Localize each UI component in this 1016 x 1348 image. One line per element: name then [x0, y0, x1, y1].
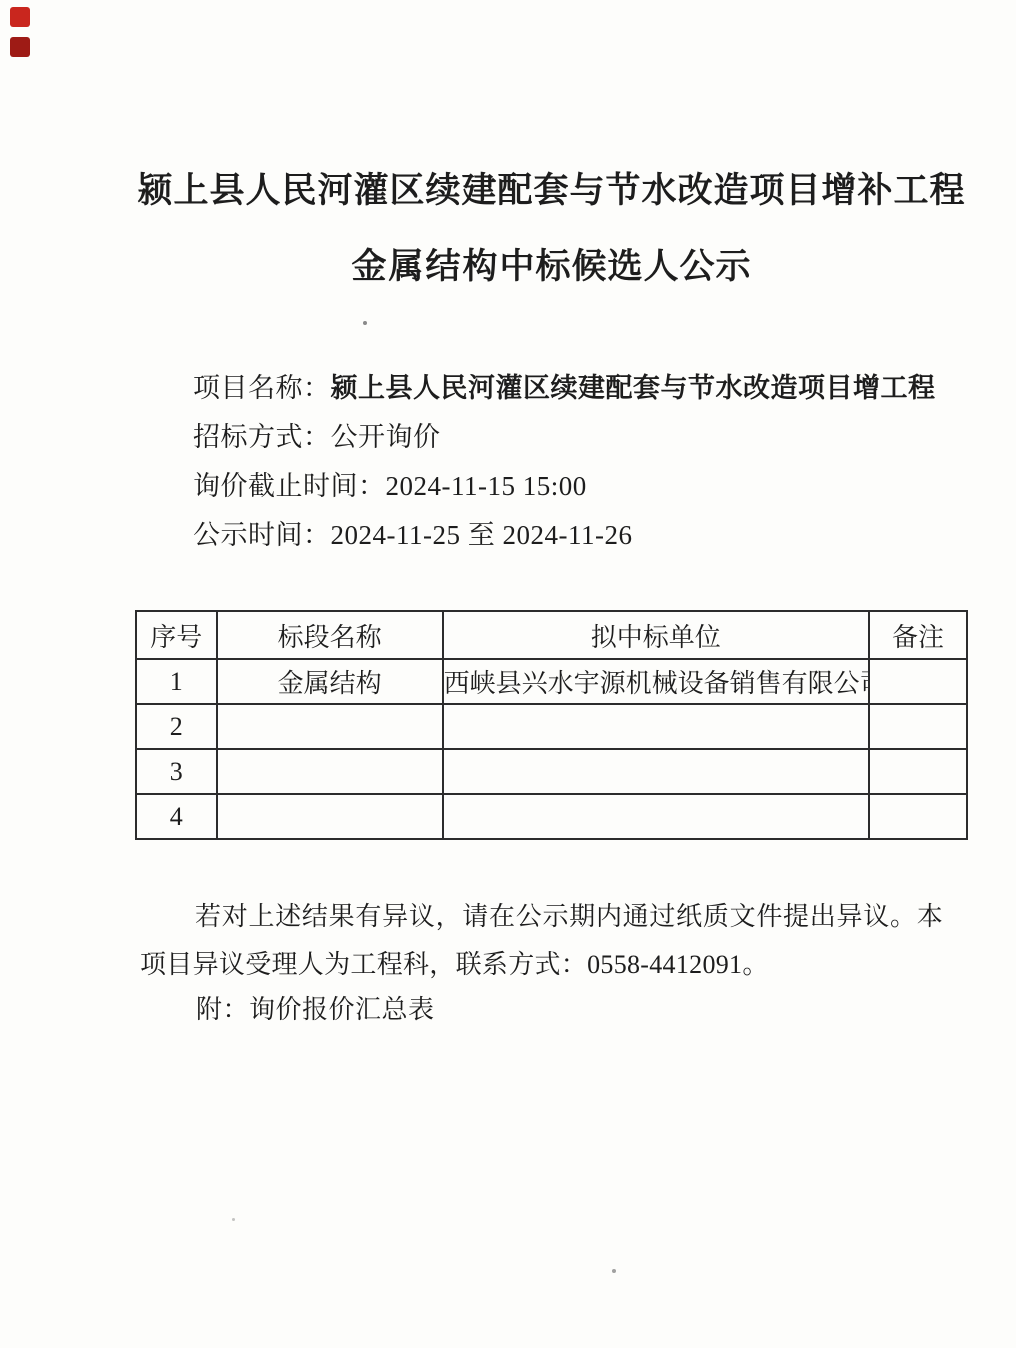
- bid-method-value: 公开询价: [331, 422, 441, 452]
- scan-speck: [232, 1218, 235, 1221]
- table-row: 1 金属结构 西峡县兴水宇源机械设备销售有限公司: [136, 659, 967, 704]
- header-proposed-winner: 拟中标单位: [443, 611, 869, 659]
- info-line-project: 项目名称：颍上县人民河灌区续建配套与节水改造项目增工程: [193, 364, 953, 413]
- title-line-2-emphasis: 金属结构: [351, 247, 499, 286]
- info-line-publicity: 公示时间：2024-11-25 至 2024-11-26: [193, 511, 953, 560]
- publicity-period-label: 公示时间：: [193, 520, 331, 550]
- project-name-label: 项目名称：: [193, 373, 331, 403]
- cell-proposed-winner: 西峡县兴水宇源机械设备销售有限公司: [443, 659, 869, 704]
- cell-serial-number: 3: [136, 749, 217, 794]
- cell-section-name: 金属结构: [217, 659, 443, 704]
- header-serial-number: 序号: [136, 611, 217, 659]
- project-name-value: 颍上县人民河灌区续建配套与节水改造项目增工程: [331, 373, 936, 403]
- red-mark-icon: [10, 37, 30, 57]
- title-line-1: 颍上县人民河灌区续建配套与节水改造项目增补工程: [135, 163, 968, 213]
- scan-speck: [612, 1269, 616, 1273]
- document-page: 颍上县人民河灌区续建配套与节水改造项目增补工程 金属结构中标候选人公示 项目名称…: [0, 0, 1016, 1348]
- title-line-2-rest: 中标候选人公示: [500, 247, 752, 286]
- scan-speck: [363, 321, 367, 325]
- cell-proposed-winner: [443, 794, 869, 839]
- cell-section-name: [217, 704, 443, 749]
- publicity-period-value: 2024-11-25 至 2024-11-26: [331, 520, 633, 550]
- table-row: 4: [136, 794, 967, 839]
- cell-remark: [869, 749, 967, 794]
- inquiry-deadline-value: 2024-11-15 15:00: [386, 471, 587, 501]
- table-header-row: 序号 标段名称 拟中标单位 备注: [136, 611, 967, 659]
- cell-remark: [869, 794, 967, 839]
- title-line-2: 金属结构中标候选人公示: [135, 239, 968, 289]
- cell-proposed-winner: [443, 704, 869, 749]
- cell-remark: [869, 704, 967, 749]
- info-line-deadline: 询价截止时间：2024-11-15 15:00: [193, 462, 953, 511]
- header-section-name: 标段名称: [217, 611, 443, 659]
- attachment-note: 附：询价报价汇总表: [196, 986, 435, 1034]
- table-row: 3: [136, 749, 967, 794]
- red-mark-icon: [10, 7, 30, 27]
- document-title: 颍上县人民河灌区续建配套与节水改造项目增补工程 金属结构中标候选人公示: [135, 163, 968, 289]
- header-remark: 备注: [869, 611, 967, 659]
- cell-serial-number: 1: [136, 659, 217, 704]
- cell-remark: [869, 659, 967, 704]
- cell-section-name: [217, 749, 443, 794]
- project-info-block: 项目名称：颍上县人民河灌区续建配套与节水改造项目增工程 招标方式：公开询价 询价…: [193, 364, 953, 560]
- table-row: 2: [136, 704, 967, 749]
- cell-serial-number: 2: [136, 704, 217, 749]
- bid-result-table: 序号 标段名称 拟中标单位 备注 1 金属结构 西峡县兴水宇源机械设备销售有限公…: [135, 610, 968, 840]
- bid-method-label: 招标方式：: [193, 422, 331, 452]
- inquiry-deadline-label: 询价截止时间：: [193, 471, 386, 501]
- cell-serial-number: 4: [136, 794, 217, 839]
- objection-paragraph: 若对上述结果有异议，请在公示期内通过纸质文件提出异议。本项目异议受理人为工程科，…: [140, 893, 943, 989]
- cell-section-name: [217, 794, 443, 839]
- info-line-method: 招标方式：公开询价: [193, 413, 953, 462]
- cell-proposed-winner: [443, 749, 869, 794]
